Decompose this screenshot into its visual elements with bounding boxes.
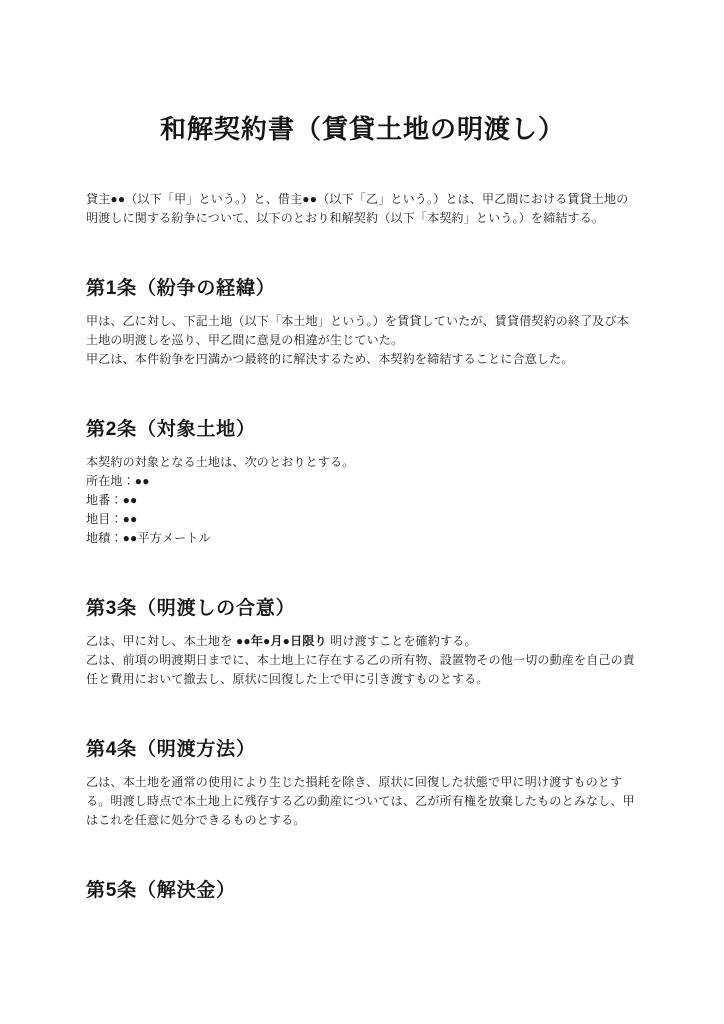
section-heading: 第5条（解決金） <box>86 878 639 904</box>
document-page: 和解契約書（賃貸土地の明渡し） 貸主●●（以下「甲」という。）と、借主●●（以下… <box>0 0 724 1024</box>
section-paragraph: 甲乙は、本件紛争を円満かつ最終的に解決するため、本契約を締結することに合意した。 <box>86 350 639 369</box>
land-detail-category: 地目：●● <box>86 510 639 529</box>
contract-section-2: 第2条（対象土地） 本契約の対象となる土地は、次のとおりとする。 所在地：●● … <box>86 417 639 548</box>
contract-section-1: 第1条（紛争の経緯） 甲は、乙に対し、下記土地（以下「本土地」という。）を賃貸し… <box>86 276 639 369</box>
section-paragraph: 本契約の対象となる土地は、次のとおりとする。 <box>86 453 639 472</box>
section-heading: 第2条（対象土地） <box>86 417 639 443</box>
land-detail-lot-number: 地番：●● <box>86 491 639 510</box>
document-title: 和解契約書（賃貸土地の明渡し） <box>86 112 639 146</box>
paragraph-text: 明け渡すことを確約する。 <box>327 634 477 648</box>
section-heading: 第3条（明渡しの合意） <box>86 596 639 622</box>
contract-section-3: 第3条（明渡しの合意） 乙は、甲に対し、本土地を ●●年●月●日限り 明け渡すこ… <box>86 596 639 689</box>
intro-paragraph: 貸主●●（以下「甲」という。）と、借主●●（以下「乙」という。）とは、甲乙間にお… <box>86 190 639 228</box>
contract-section-4: 第4条（明渡方法） 乙は、本土地を通常の使用により生じた損耗を除き、原状に回復し… <box>86 737 639 830</box>
section-paragraph: 乙は、本土地を通常の使用により生じた損耗を除き、原状に回復した状態で甲に明け渡す… <box>86 773 639 830</box>
paragraph-text: 乙は、甲に対し、本土地を <box>86 634 236 648</box>
contract-section-5: 第5条（解決金） <box>86 878 639 904</box>
deadline-emphasis: ●●年●月●日限り <box>236 634 327 648</box>
section-heading: 第4条（明渡方法） <box>86 737 639 763</box>
section-paragraph: 乙は、甲に対し、本土地を ●●年●月●日限り 明け渡すことを確約する。 <box>86 632 639 651</box>
land-detail-location: 所在地：●● <box>86 472 639 491</box>
section-heading: 第1条（紛争の経緯） <box>86 276 639 302</box>
section-paragraph: 乙は、前項の明渡期日までに、本土地上に存在する乙の所有物、設置物その他一切の動産… <box>86 651 639 689</box>
section-paragraph: 甲は、乙に対し、下記土地（以下「本土地」という。）を賃貸していたが、賃貸借契約の… <box>86 312 639 350</box>
land-detail-area: 地積：●●平方メートル <box>86 529 639 548</box>
document-content: 和解契約書（賃貸土地の明渡し） 貸主●●（以下「甲」という。）と、借主●●（以下… <box>0 0 724 904</box>
